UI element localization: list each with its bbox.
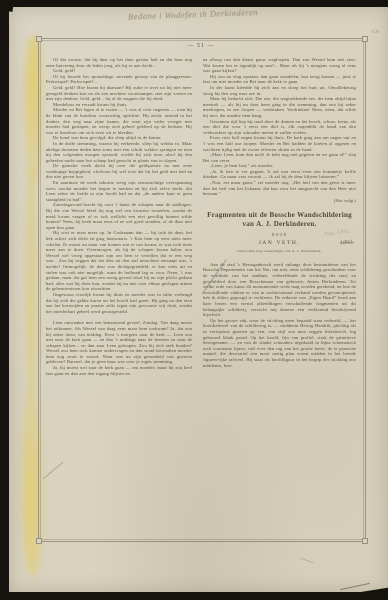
paragraph: Maar hij bedacht zich. Die zee, die wegt… xyxy=(203,96,356,118)
left-text-column: Of dat zwarte, dat hij daar op het duin … xyxy=(46,57,192,376)
paragraph: Aan de stad 's Hertogenbosch werd onlang… xyxy=(203,262,356,318)
article-title-line2: van A. J. Derkinderen. xyxy=(203,220,356,229)
article-end-mark: (Slot volgt.) xyxy=(203,198,356,204)
frame-corner-ornament xyxy=(36,36,42,42)
article-title-line1: Fragmenten uit de Bossche Wandschilderin… xyxy=(203,211,356,220)
paragraph: „Maar Leen, kom dan toch! Je hebt nog ni… xyxy=(203,152,356,163)
paragraph: In der haast kleedde hij zich aan en slo… xyxy=(203,85,356,96)
paragraph: In de doffe stemming, waarin hij verkeer… xyxy=(46,141,192,163)
paragraph: Even vóór half negen kwam hij thuis. De … xyxy=(203,135,356,152)
paragraph: De gansche week dacht hij over die geldq… xyxy=(46,163,192,180)
frame-corner-ornament xyxy=(362,36,368,42)
paper-stain xyxy=(25,167,37,397)
torn-corner xyxy=(0,594,19,600)
paragraph: Geruimen tijd liep hij rond door de duin… xyxy=(203,119,356,136)
paragraph: Hij zou nu vlug opstaan, dan gaan wandel… xyxy=(203,74,356,85)
paragraph: „Ja, ik ben te ver gegaan, 'k zal nou ee… xyxy=(203,169,356,180)
paragraph: Leen ontwaakte met een benauwend gevoel,… xyxy=(46,320,192,365)
frame-corner-ornament xyxy=(362,538,368,544)
paragraph: Zaterdagavond bracht hij voor 't laatst … xyxy=(46,202,192,230)
page-number: — 51 — xyxy=(38,43,364,49)
paragraph: En naarmate de week inkortte steeg zijn … xyxy=(46,180,192,202)
frame-corner-ornament xyxy=(36,538,42,544)
right-text-column: na afloop van den dienst gauw wegloopen.… xyxy=(203,57,356,368)
paragraph: Moeder en Bet lagen al te rusten — 't wa… xyxy=(46,107,192,135)
article-heading-block: Fragmenten uit de Bossche Wandschilderin… xyxy=(203,211,356,254)
author-name: JAN VETH. xyxy=(203,241,356,247)
paragraph: na afloop van den dienst gauw wegloopen.… xyxy=(203,57,356,74)
paragraph: Ongewoon vroolijk kwam hij thuis en moed… xyxy=(46,292,192,314)
paragraph: Ja, hij moest wel naar de kerk gaan — om… xyxy=(46,365,192,376)
scanned-page-photo: Bedane i Wodefen th Derkinderen Cle — 51… xyxy=(0,0,388,600)
paragraph: Of dat zwarte, dat hij daar op het duin … xyxy=(46,57,192,68)
torn-corner xyxy=(0,0,14,12)
paragraph: „Nou, eet maar gauw,” zei moeder nog. „H… xyxy=(203,180,356,197)
illustration-credit-line: Illustratiën naar teekeningen van A. J. … xyxy=(203,249,356,255)
paragraph: Geld, geld? Hoe kwam hij daaraan? Hij zu… xyxy=(46,85,192,102)
paragraph: Op het groote vak, waar de stichting mee… xyxy=(203,318,356,368)
paragraph: Of hij hoorde het spotachtige, sarrende … xyxy=(46,74,192,85)
margin-pencil-mark: Cle xyxy=(372,30,379,35)
paragraph: Hij wist er niets meer op. In Godsnaam d… xyxy=(46,230,192,292)
